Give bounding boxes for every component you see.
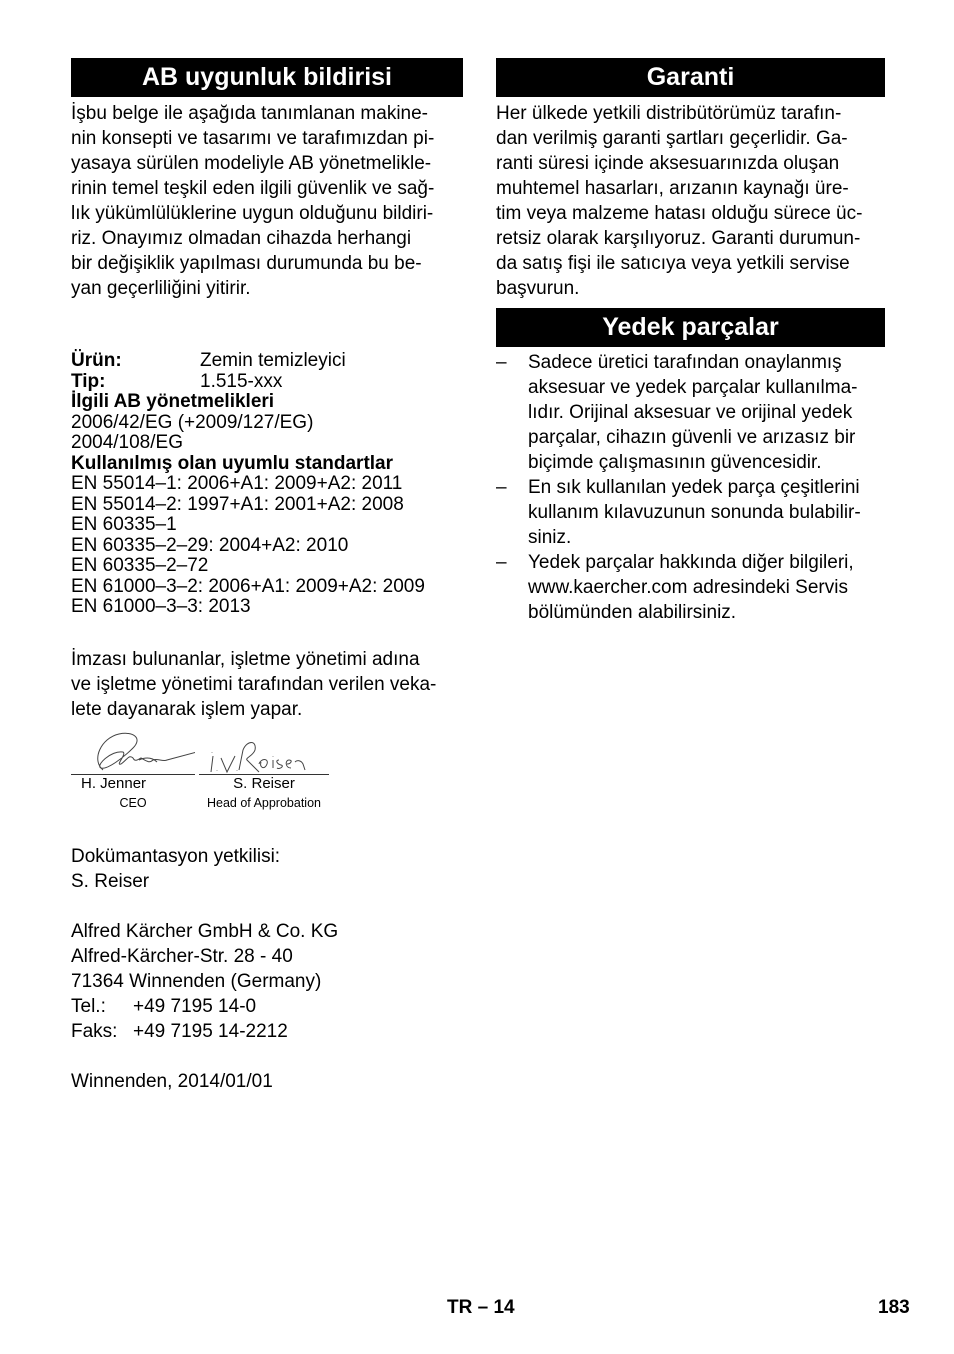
signer-name: H. Jenner: [71, 775, 195, 793]
fax-label: Faks:: [71, 1019, 133, 1044]
phone-label: Tel.:: [71, 994, 133, 1019]
directives-heading: İlgili AB yönetmelikleri: [71, 392, 463, 413]
ec-declaration-intro: İşbu belge ile aşağıda tanımlanan makine…: [71, 101, 463, 301]
footer-section-label: TR – 14: [447, 1297, 515, 1319]
list-item: – Sadece üretici tarafından onaylanmış a…: [496, 350, 885, 475]
phone-row: Tel.: +49 7195 14-0: [71, 994, 463, 1019]
type-label: Tip:: [71, 372, 200, 393]
page-number: 183: [878, 1297, 910, 1319]
handwritten-signature-icon: [71, 730, 195, 774]
standard-item: EN 55014–2: 1997+A1: 2001+A2: 2008: [71, 495, 463, 516]
documentation-label: Dokümantasyon yetkilisi:: [71, 844, 463, 869]
fax-row: Faks: +49 7195 14-2212: [71, 1019, 463, 1044]
company-name: Alfred Kärcher GmbH & Co. KG: [71, 919, 463, 944]
signer-role: Head of Approbation: [199, 794, 329, 812]
directive-item: 2004/108/EG: [71, 433, 463, 454]
signer-role: CEO: [71, 794, 195, 812]
warranty-header: Garanti: [496, 58, 885, 97]
signer-name: S. Reiser: [199, 775, 329, 793]
handwritten-signature-icon: [199, 730, 329, 774]
fax-value: +49 7195 14-2212: [133, 1019, 288, 1044]
product-label: Ürün:: [71, 351, 200, 372]
dash-bullet-icon: –: [496, 475, 528, 550]
dash-bullet-icon: –: [496, 350, 528, 475]
list-item: – En sık kullanılan yedek parça çeşitler…: [496, 475, 885, 550]
signature-block: H. Jenner CEO S. Reiser Head of Approbat…: [71, 730, 463, 830]
ec-declaration-header: AB uygunluk bildirisi: [71, 58, 463, 97]
documentation-name: S. Reiser: [71, 869, 463, 894]
right-column: Garanti Her ülkede yetkili distribütörüm…: [496, 58, 885, 625]
product-spec-block: Ürün: Zemin temizleyici Tip: 1.515-xxx İ…: [71, 351, 463, 618]
product-value: Zemin temizleyici: [200, 351, 346, 372]
spare-parts-header: Yedek parçalar: [496, 308, 885, 347]
signatory-statement: İmzası bulunanlar, işletme yönetimi adın…: [71, 647, 463, 722]
standard-item: EN 60335–2–29: 2004+A2: 2010: [71, 536, 463, 557]
type-row: Tip: 1.515-xxx: [71, 372, 463, 393]
standard-item: EN 60335–1: [71, 515, 463, 536]
company-city: 71364 Winnenden (Germany): [71, 969, 463, 994]
spare-parts-list: – Sadece üretici tarafından onaylanmış a…: [496, 350, 885, 625]
standard-item: EN 60335–2–72: [71, 556, 463, 577]
standard-item: EN 55014–1: 2006+A1: 2009+A2: 2011: [71, 474, 463, 495]
documentation-officer: Dokümantasyon yetkilisi: S. Reiser: [71, 844, 463, 894]
signature-jenner: H. Jenner CEO: [71, 730, 195, 812]
left-column: AB uygunluk bildirisi İşbu belge ile aşa…: [71, 58, 463, 1094]
type-value: 1.515-xxx: [200, 372, 282, 393]
standards-heading: Kullanılmış olan uyumlu standartlar: [71, 454, 463, 475]
warranty-text: Her ülkede yetkili distribütörümüz taraf…: [496, 101, 885, 301]
company-street: Alfred-Kärcher-Str. 28 - 40: [71, 944, 463, 969]
signature-reiser: S. Reiser Head of Approbation: [199, 730, 329, 812]
list-item: – Yedek parçalar hakkında diğer bilgiler…: [496, 550, 885, 625]
product-row: Ürün: Zemin temizleyici: [71, 351, 463, 372]
standard-item: EN 61000–3–2: 2006+A1: 2009+A2: 2009: [71, 577, 463, 598]
phone-value: +49 7195 14-0: [133, 994, 256, 1019]
company-address: Alfred Kärcher GmbH & Co. KG Alfred-Kärc…: [71, 919, 463, 1044]
directive-item: 2006/42/EG (+2009/127/EG): [71, 413, 463, 434]
place-date: Winnenden, 2014/01/01: [71, 1069, 463, 1094]
dash-bullet-icon: –: [496, 550, 528, 625]
standard-item: EN 61000–3–3: 2013: [71, 597, 463, 618]
